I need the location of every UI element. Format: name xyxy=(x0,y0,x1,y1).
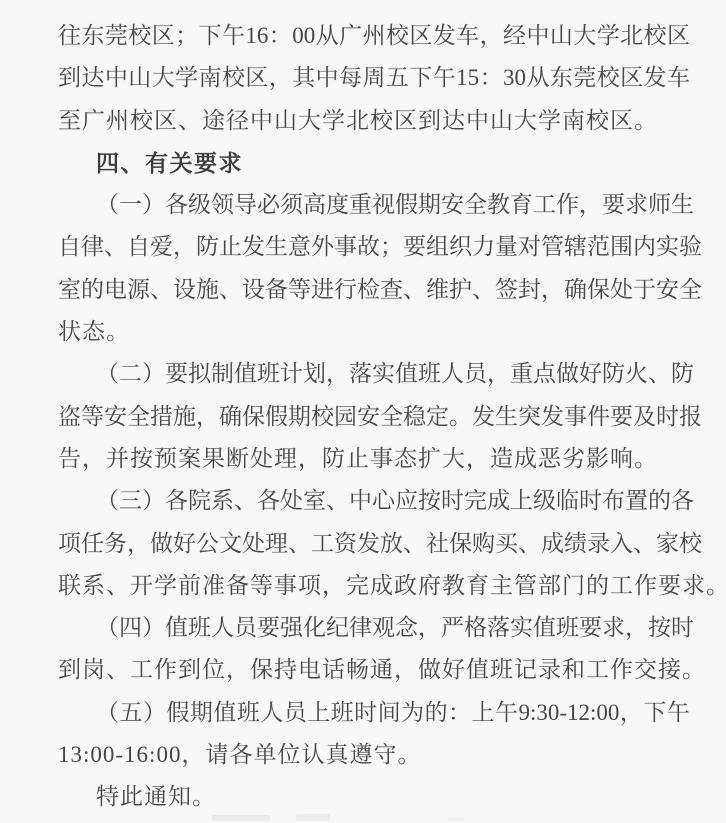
document-line: 往东莞校区；下午16：00从广州校区发车，经中山大学北校区 xyxy=(58,15,690,57)
document-line: （四）值班人员要强化纪律观念，严格落实值班要求，按时 xyxy=(58,607,690,649)
document-line: 盗等安全措施，确保假期校园安全稳定。发生突发事件要及时报 xyxy=(58,396,690,438)
document-text: 往东莞校区；下午16：00从广州校区发车，经中山大学北校区到达中山大学南校区，其… xyxy=(0,0,726,819)
document-line: （五）假期值班人员上班时间为的：上午9:30-12:00，下午 xyxy=(58,692,690,734)
document-line: 状态。 xyxy=(58,311,690,353)
document-line: 室的电源、设施、设备等进行检查、维护、签封，确保处于安全 xyxy=(58,269,690,311)
document-line: 项任务，做好公文处理、工资发放、社保购买、成绩录入、家校 xyxy=(58,523,690,565)
section-heading: 四、有关要求 xyxy=(58,142,690,184)
document-line: 到岗、工作到位，保持电话畅通，做好值班记录和工作交接。 xyxy=(58,649,690,691)
scan-artifact xyxy=(212,815,270,821)
document-line: 告，并按预案果断处理，防止事态扩大，造成恶劣影响。 xyxy=(58,438,690,480)
document-line: 13:00-16:00，请各单位认真遵守。 xyxy=(58,734,690,776)
document-line: （二）要拟制值班计划，落实值班人员，重点做好防火、防 xyxy=(58,353,690,395)
document-line: 至广州校区、途径中山大学北校区到达中山大学南校区。 xyxy=(58,100,690,142)
document-line: 特此通知。 xyxy=(58,776,690,818)
document-line: （一）各级领导必须高度重视假期安全教育工作，要求师生 xyxy=(58,184,690,226)
document-line: 到达中山大学南校区，其中每周五下午15：30从东莞校区发车 xyxy=(58,57,690,99)
document-line: （三）各院系、各处室、中心应按时完成上级临时布置的各 xyxy=(58,480,690,522)
document-page: 往东莞校区；下午16：00从广州校区发车，经中山大学北校区到达中山大学南校区，其… xyxy=(0,0,726,823)
scan-artifact xyxy=(448,817,464,821)
document-line: 自律、自爱，防止发生意外事故；要组织力量对管辖范围内实验 xyxy=(58,226,690,268)
scan-artifact xyxy=(296,814,330,821)
document-line: 联系、开学前准备等事项，完成政府教育主管部门的工作要求。 xyxy=(58,565,690,607)
